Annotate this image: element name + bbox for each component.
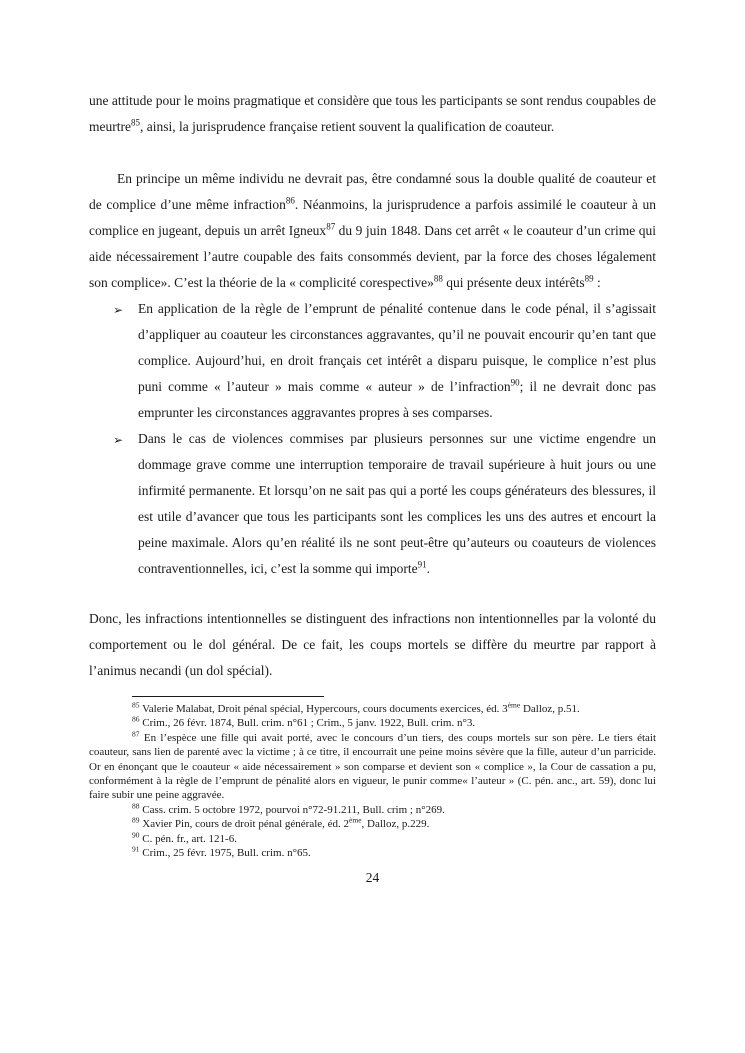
text-run: Dans le cas de violences commises par pl…: [138, 431, 656, 576]
text-run: , Dalloz, p.229.: [362, 818, 430, 830]
text-run: En l’espèce une fille qui avait porté, a…: [89, 732, 656, 802]
footnote-marker: 91: [132, 844, 140, 853]
footnote-ref-91: 91: [418, 560, 427, 570]
superscript-eme: ème: [508, 700, 521, 709]
footnote-89: 89 Xavier Pin, cours de droit pénal géné…: [89, 817, 656, 831]
footnote-marker: 90: [132, 830, 140, 839]
text-run: , ainsi, la jurisprudence française reti…: [140, 119, 554, 134]
footnote-86: 86 Crim., 26 févr. 1874, Bull. crim. n°6…: [89, 716, 656, 730]
arrow-bullet-icon: ➢: [113, 297, 123, 323]
footnotes-section: 85 Valerie Malabat, Droit pénal spécial,…: [89, 696, 656, 860]
footnote-87: 87 En l’espèce une fille qui avait porté…: [89, 731, 656, 803]
footnote-separator: [132, 696, 324, 697]
text-run: :: [594, 275, 601, 290]
arrow-bullet-icon: ➢: [113, 427, 123, 453]
footnote-ref-85: 85: [131, 118, 140, 128]
body-text: une attitude pour le moins pragmatique e…: [89, 88, 656, 887]
text-run: Crim., 25 févr. 1975, Bull. crim. n°65.: [142, 847, 310, 859]
footnote-88: 88 Cass. crim. 5 octobre 1972, pourvoi n…: [89, 803, 656, 817]
text-run: Xavier Pin, cours de droit pénal général…: [142, 818, 349, 830]
text-run: Crim., 26 févr. 1874, Bull. crim. n°61 ;…: [142, 717, 475, 729]
footnote-marker: 89: [132, 816, 140, 825]
paragraph-conclusion: Donc, les infractions intentionnelles se…: [89, 606, 656, 684]
footnote-marker: 85: [132, 700, 140, 709]
footnote-marker: 86: [132, 715, 140, 724]
page-number: 24: [89, 869, 656, 887]
bullet-list: ➢En application de la règle de l’emprunt…: [89, 296, 656, 582]
document-page: une attitude pour le moins pragmatique e…: [0, 0, 745, 1053]
paragraph-intro: une attitude pour le moins pragmatique e…: [89, 88, 656, 140]
text-run: Valerie Malabat, Droit pénal spécial, Hy…: [142, 703, 508, 715]
footnote-ref-86: 86: [286, 196, 295, 206]
footnote-85: 85 Valerie Malabat, Droit pénal spécial,…: [89, 702, 656, 716]
superscript-eme: ème: [349, 816, 362, 825]
footnote-ref-88: 88: [434, 274, 443, 284]
footnote-ref-87: 87: [326, 222, 335, 232]
paragraph-principle: En principe un même individu ne devrait …: [89, 166, 656, 296]
text-run: Dalloz, p.51.: [520, 703, 580, 715]
footnote-90: 90 C. pén. fr., art. 121-6.: [89, 832, 656, 846]
footnote-ref-90: 90: [511, 378, 520, 388]
text-run: qui présente deux intérêts: [443, 275, 585, 290]
bullet-item-2: ➢Dans le cas de violences commises par p…: [89, 426, 656, 582]
footnote-marker: 88: [132, 801, 140, 810]
footnote-marker: 87: [132, 729, 140, 738]
bullet-item-1: ➢En application de la règle de l’emprunt…: [89, 296, 656, 426]
text-run: Cass. crim. 5 octobre 1972, pourvoi n°72…: [142, 804, 445, 816]
footnote-91: 91 Crim., 25 févr. 1975, Bull. crim. n°6…: [89, 846, 656, 860]
footnote-ref-89: 89: [585, 274, 594, 284]
text-run: .: [427, 561, 430, 576]
text-run: C. pén. fr., art. 121-6.: [142, 833, 237, 845]
